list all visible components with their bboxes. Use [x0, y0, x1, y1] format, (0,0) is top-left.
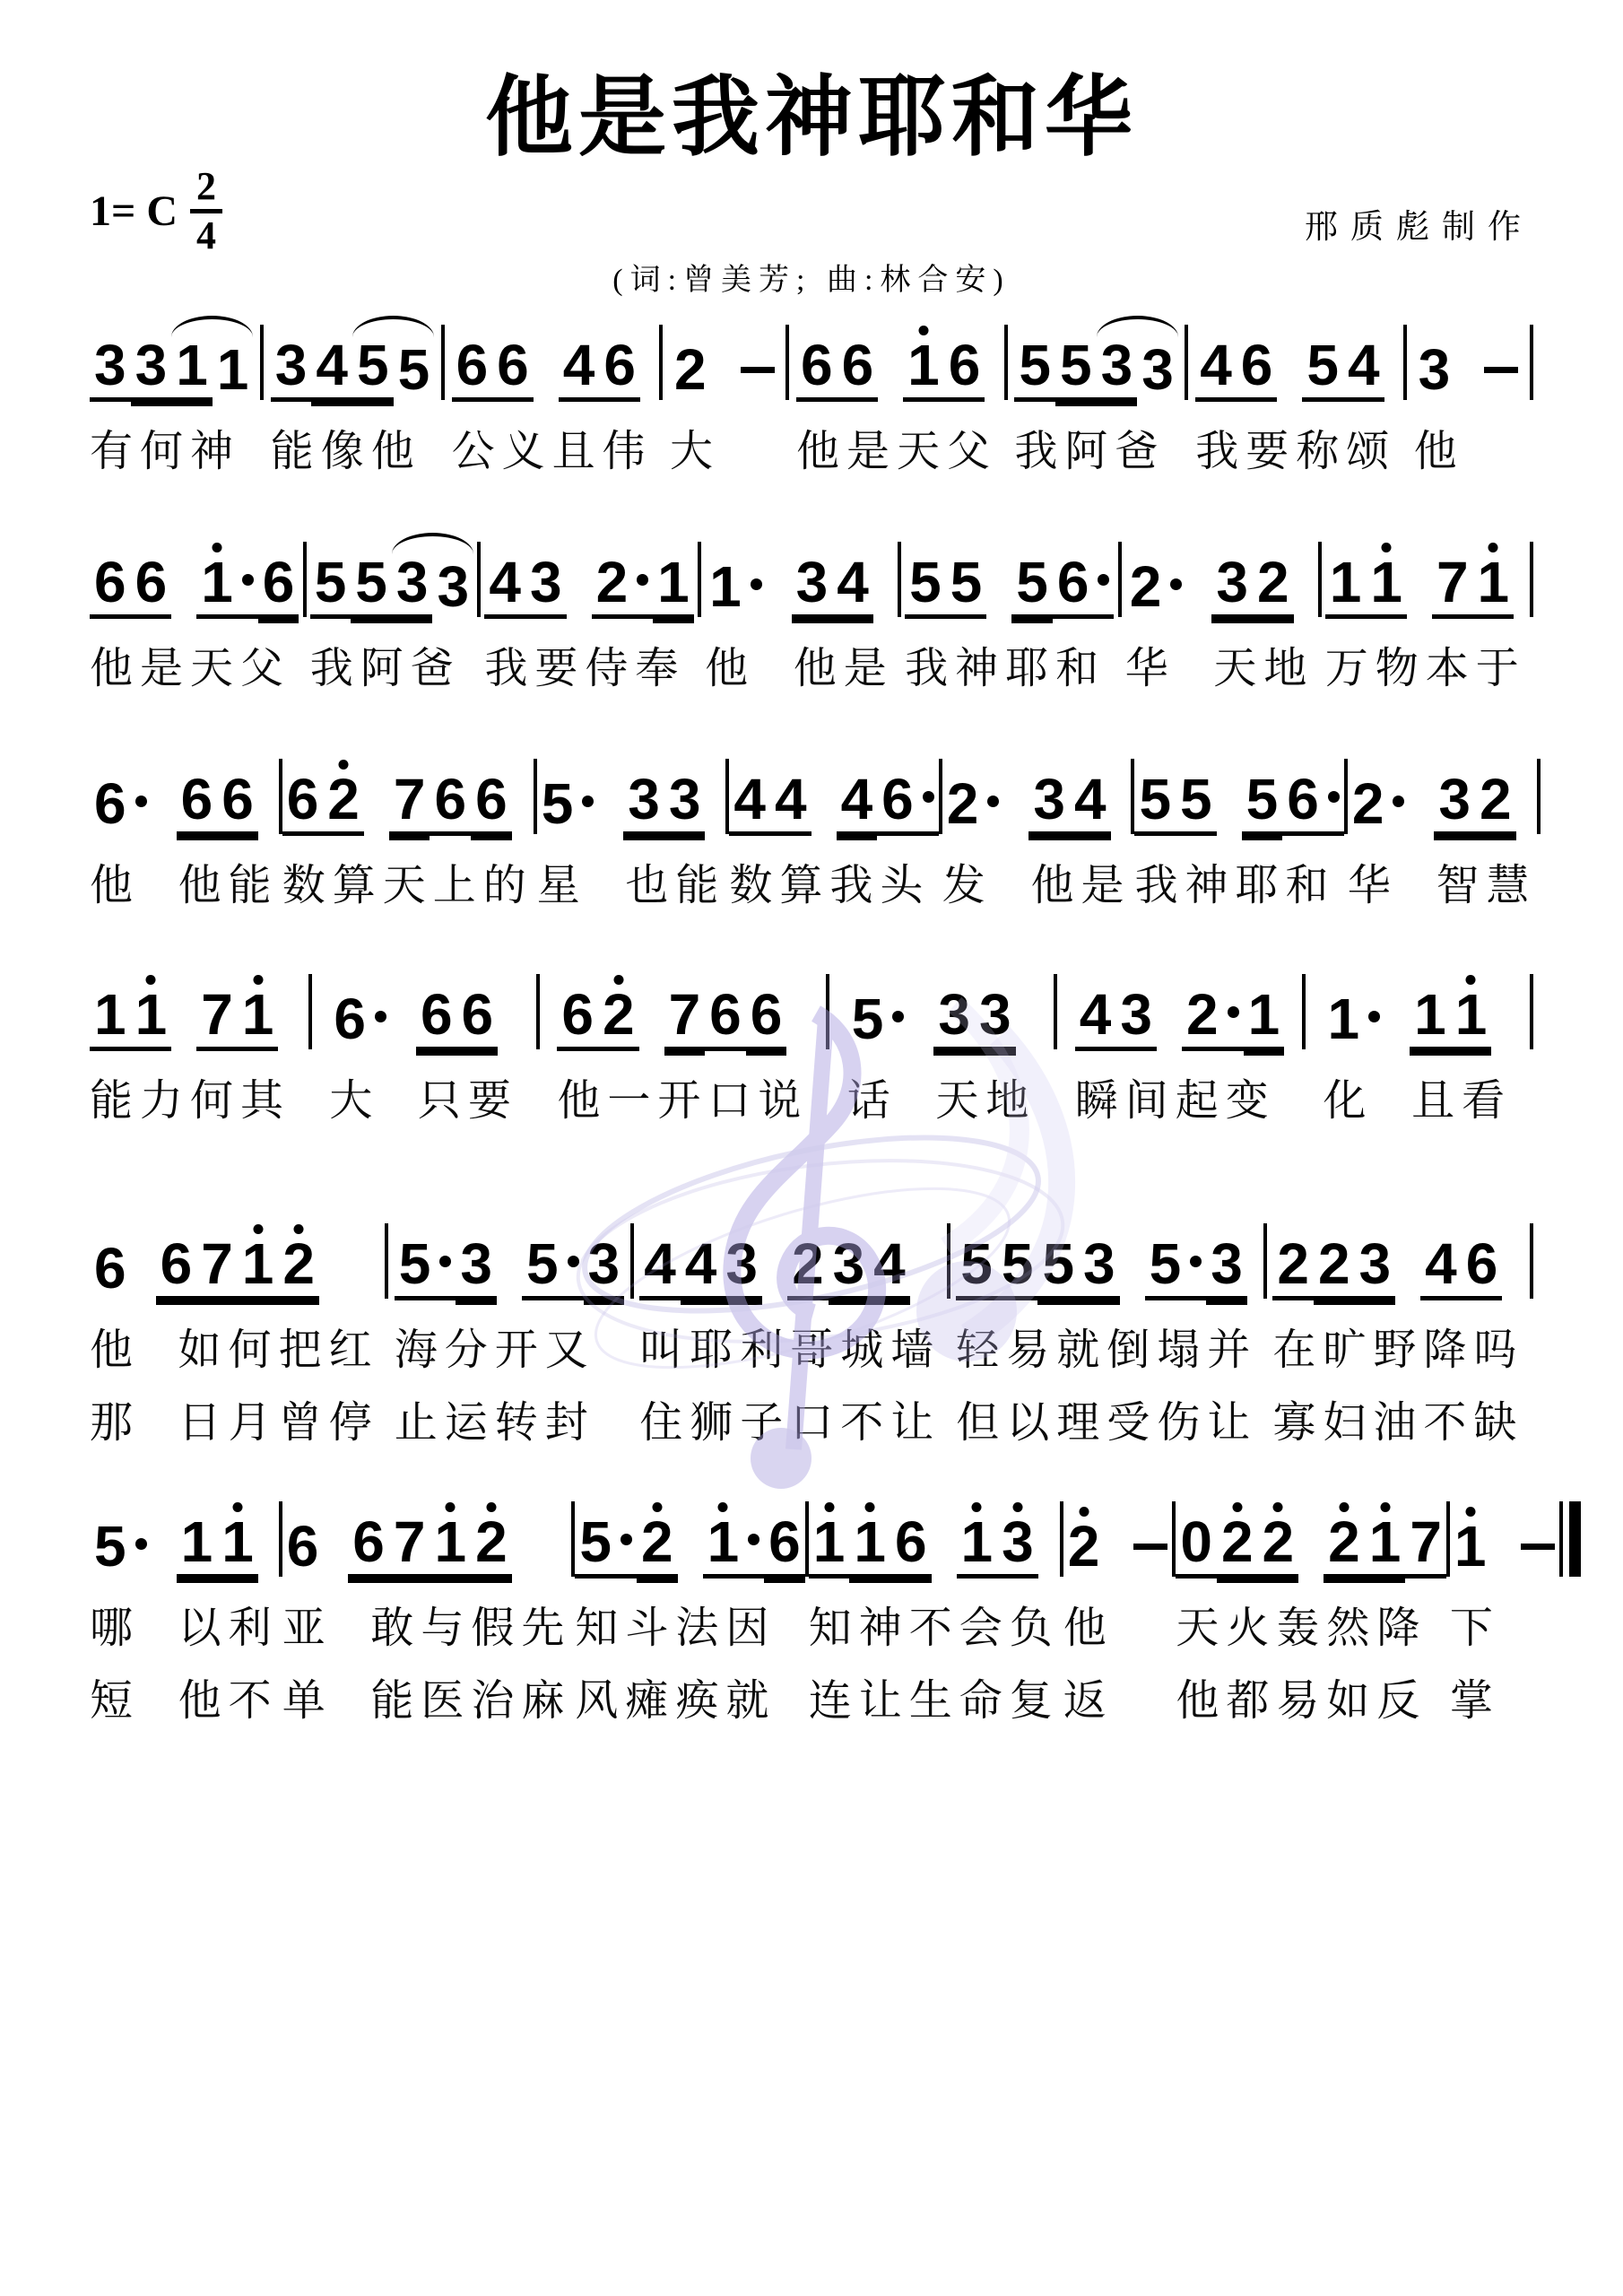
note-token: [1324, 791, 1344, 836]
lyric-text: 亚 敢与假先: [282, 1593, 572, 1655]
note-digit: 2: [282, 1238, 315, 1291]
octave-dot: [446, 1502, 456, 1512]
note-token: [632, 574, 653, 619]
lyric-text: 哪 以利: [90, 1593, 279, 1655]
note-digit: 3: [460, 1238, 492, 1291]
measure-notes: 232: [1125, 533, 1294, 619]
measure: 22346在旷野降吗寡妇油不缺: [1272, 1214, 1523, 1449]
note-token: 3: [623, 773, 664, 836]
barline: [536, 974, 540, 1049]
note-token: 3: [997, 1516, 1038, 1578]
note-digit: 1: [854, 1516, 886, 1569]
measure: 6646公义且伟: [452, 316, 653, 478]
note-token: 4: [1070, 773, 1111, 836]
octave-dot: [1012, 1502, 1022, 1512]
note-token: 5: [847, 993, 889, 1051]
octave-dot: [972, 1502, 982, 1512]
note-token: 3: [933, 988, 975, 1051]
note-digit: 6: [895, 1516, 927, 1569]
note-digit: 3: [275, 339, 308, 392]
note-token: 5: [1145, 1238, 1186, 1300]
note-digit: 6: [709, 988, 742, 1041]
note-digit: 1: [1328, 993, 1360, 1046]
note-token: 3: [664, 773, 706, 836]
octave-dot: [1339, 1502, 1349, 1512]
note-digit: 1: [707, 1516, 740, 1569]
note-token: 4: [1343, 339, 1384, 402]
note-digit: 1: [201, 556, 233, 609]
note-digit: 5: [852, 993, 884, 1046]
note-token: 6: [557, 988, 598, 1051]
note-digit: 3: [1083, 1238, 1115, 1291]
note-token: 5: [310, 556, 352, 619]
augmentation-dot: [135, 1538, 147, 1550]
note-token: 6: [599, 339, 640, 402]
lyric-text: 他: [1063, 1593, 1114, 1655]
note-token: 2: [598, 988, 639, 1051]
measure-notes: 6646: [452, 316, 640, 402]
note-digit: 3: [1419, 344, 1451, 396]
measure-notes: 5556: [905, 533, 1114, 619]
note-digit: 6: [94, 778, 126, 831]
note-digit: 5: [950, 556, 983, 609]
note-group: 53: [522, 1238, 624, 1300]
barline: [698, 542, 701, 617]
lyric-text: 返: [1063, 1665, 1114, 1727]
note-digit: 2: [641, 1516, 673, 1569]
note-token: [983, 796, 1003, 836]
note-group: 34: [792, 556, 873, 619]
note-token: 4: [639, 1238, 681, 1300]
note-digit: 3: [1033, 773, 1065, 826]
note-digit: 6: [751, 988, 783, 1041]
lyric-text: 知斗法因: [575, 1593, 776, 1655]
note-token: 5: [90, 1520, 131, 1578]
lyric-text: 轻易就倒塌并: [956, 1315, 1257, 1377]
measure: 4654我要称颂: [1195, 316, 1396, 478]
note-digit: 6: [94, 556, 126, 609]
note-token: 1: [196, 556, 238, 619]
note-digit: 1: [176, 339, 208, 392]
note-token: 7: [389, 773, 430, 836]
sustain-dash: [1484, 367, 1518, 373]
note-digit: 6: [421, 988, 453, 1041]
note-group: 1: [705, 561, 767, 619]
augmentation-dot: [1098, 574, 1109, 586]
note-digit: 4: [1425, 1238, 1457, 1291]
lyric-text: 但以理受伤让: [956, 1387, 1257, 1449]
barline: [785, 325, 789, 400]
note-digit: 2: [1328, 1516, 1360, 1569]
lyric-text: 我神耶和: [1134, 850, 1335, 912]
note-digit: 4: [563, 339, 595, 392]
note-digit: 6: [94, 1242, 126, 1295]
note-digit: 4: [1348, 339, 1380, 392]
note-group: 443: [639, 1238, 762, 1300]
note-group: 55: [905, 556, 986, 619]
octave-dot: [1465, 1507, 1475, 1517]
note-digit: 3: [1141, 344, 1174, 396]
note-digit: 5: [315, 556, 347, 609]
measure: 232华 天地: [1125, 533, 1315, 695]
slur-arc: [1097, 316, 1178, 337]
note-digit: 6: [881, 773, 914, 826]
note-digit: 0: [1180, 1516, 1212, 1569]
measure: 4446数算我头: [729, 750, 938, 912]
note-digit: 1: [907, 339, 940, 392]
lyric-text: 寡妇油不缺: [1272, 1387, 1523, 1449]
note-group: 5: [847, 993, 909, 1051]
note-group: 16: [703, 1516, 805, 1578]
note-group: 2: [1348, 778, 1410, 836]
note-digit: 6: [462, 988, 494, 1041]
lyric-text: 公义且伟: [452, 416, 653, 478]
note-token: [1185, 1256, 1206, 1300]
measure: 5556我神耶和: [1134, 750, 1343, 912]
note-token: 4: [837, 773, 878, 836]
measure-notes: 5353: [395, 1214, 624, 1300]
augmentation-dot: [751, 578, 762, 590]
note-group: 16: [903, 339, 985, 402]
note-token: 6: [177, 773, 218, 836]
note-digit: 6: [1057, 556, 1089, 609]
lyric-text: 大: [670, 416, 720, 478]
note-group: 43: [1075, 988, 1157, 1051]
note-token: 1: [177, 1516, 218, 1578]
note-token: 1: [809, 1516, 850, 1578]
note-digit: 7: [1436, 556, 1469, 609]
note-digit: 6: [603, 339, 636, 392]
note-token: 5: [946, 556, 987, 619]
measure: 5556我神耶和: [905, 533, 1114, 695]
measure: 1171万物本于: [1325, 533, 1526, 695]
note-group: 21: [1182, 988, 1284, 1051]
measure: 5216知斗法因风瘫痪就: [575, 1492, 804, 1727]
note-group: 766: [664, 988, 787, 1051]
note-token: 1: [1451, 988, 1492, 1051]
note-token: 5: [1011, 556, 1053, 619]
measure: 022217天火轰然降他都易如反: [1176, 1492, 1446, 1727]
note-digit: 1: [94, 988, 126, 1041]
note-token: [1480, 367, 1523, 402]
note-token: 1: [430, 1516, 471, 1578]
note-token: [131, 796, 152, 836]
note-token: 5: [1037, 1238, 1079, 1300]
note-group: 56: [1011, 556, 1114, 619]
note-token: 6: [430, 773, 471, 836]
note-token: 5: [1302, 339, 1343, 402]
note-token: [563, 1256, 584, 1300]
sheet-music-page: 他是我神耶和华 1= C 2 4 邢质彪制作 (词:曾美芳; 曲:林合安) 33…: [0, 0, 1623, 2296]
note-token: 6: [471, 773, 512, 836]
note-token: 7: [1432, 556, 1473, 619]
note-digit: 4: [873, 1238, 906, 1291]
note-group: 33: [623, 773, 705, 836]
augmentation-dot: [1393, 796, 1404, 807]
measure-notes: 3: [1414, 316, 1523, 402]
lyric-text: 数算我头: [729, 850, 930, 912]
augmentation-dot: [135, 796, 147, 807]
note-group: 6712: [348, 1516, 511, 1578]
note-token: 3: [525, 556, 567, 619]
note-token: 1: [217, 1516, 258, 1578]
measure-notes: 6616: [796, 316, 985, 402]
lyric-text: 我要侍奉: [484, 633, 685, 695]
note-group: 44: [729, 773, 811, 836]
note-token: 2: [637, 1516, 678, 1578]
measure: 232华 智慧: [1348, 750, 1537, 912]
note-digit: 6: [287, 1520, 319, 1573]
note-token: 2: [670, 344, 711, 402]
note-token: 1: [1365, 1516, 1406, 1578]
augmentation-dot: [1368, 1011, 1380, 1022]
note-digit: 5: [1016, 556, 1048, 609]
lyric-text: 万物本于: [1325, 633, 1526, 695]
note-group: 21: [592, 556, 694, 619]
final-barline-thin: [1559, 1501, 1563, 1577]
note-digit: 6: [1241, 339, 1273, 392]
note-token: 6: [457, 988, 499, 1051]
note-token: 3: [1211, 556, 1253, 619]
lyric-text: 我阿爸: [1014, 416, 1165, 478]
note-token: 3: [1434, 773, 1475, 836]
barline: [1185, 325, 1188, 400]
note-token: 7: [196, 988, 238, 1051]
note-digit: 5: [1306, 339, 1339, 392]
note-digit: 5: [579, 1516, 612, 1569]
note-group: 5: [537, 778, 599, 836]
augmentation-dot: [1228, 1006, 1239, 1018]
octave-dot: [1466, 975, 1476, 985]
note-digit: 6: [352, 1516, 385, 1569]
note-token: 6: [890, 1516, 932, 1578]
note-digit: 6: [768, 1516, 801, 1569]
note-token: 3: [829, 1238, 870, 1300]
barline: [1403, 325, 1407, 400]
note-token: 2: [278, 1238, 319, 1300]
note-group: 66: [796, 339, 878, 402]
note-token: 4: [770, 773, 811, 836]
note-digit: 5: [355, 556, 387, 609]
note-group: 6: [282, 1520, 324, 1578]
note-token: 3: [975, 988, 1016, 1051]
note-token: 3: [90, 339, 131, 402]
note-group: 62: [282, 773, 364, 836]
lyric-text: 他是天父: [90, 633, 291, 695]
note-group: 1: [1324, 993, 1385, 1051]
measure: 533话 天地: [847, 965, 1037, 1127]
note-digit: 2: [1277, 1238, 1309, 1291]
measure-notes: 4321: [484, 533, 693, 619]
measure: 6616他是天父: [796, 316, 997, 478]
measure-notes: 5216: [575, 1492, 804, 1578]
note-digit: 1: [221, 1516, 254, 1569]
note-digit: 2: [603, 988, 635, 1041]
lyric-text: 下: [1450, 1593, 1500, 1655]
note-digit: 5: [1139, 773, 1171, 826]
augmentation-dot: [637, 574, 648, 586]
note-digit: 4: [1080, 988, 1112, 1041]
score-line-5: 66712他 如何把红那 日月曾停5353海分开又止运转封443234叫耶利哥城…: [90, 1214, 1533, 1449]
measure: 111化 且看: [1324, 965, 1513, 1127]
lyric-text: 能力何其: [90, 1065, 291, 1127]
barline: [308, 974, 312, 1049]
octave-dot: [486, 1502, 496, 1512]
barline: [630, 1223, 634, 1299]
note-digit: 6: [135, 556, 168, 609]
measure-notes: 232: [1348, 750, 1516, 836]
note-token: 2: [1272, 1238, 1314, 1300]
note-token: 2: [1258, 1516, 1299, 1578]
note-digit: 5: [1002, 1238, 1034, 1291]
measure: 666他 他能: [90, 750, 279, 912]
note-token: [238, 574, 258, 619]
measure-notes: 234: [942, 750, 1111, 836]
measure: 3455能像他: [271, 316, 434, 478]
note-group: 5: [90, 1520, 152, 1578]
note-token: 3: [792, 556, 833, 619]
note-group: 16: [196, 556, 299, 619]
note-group: 53: [395, 1238, 497, 1300]
note-group: 43: [484, 556, 566, 619]
note-token: 4: [681, 1238, 722, 1300]
note-token: 4: [559, 339, 600, 402]
augmentation-dot: [987, 796, 999, 807]
lyric-text: 短 他不: [90, 1665, 279, 1727]
lyric-text: 华 智慧: [1348, 850, 1537, 912]
note-token: 2: [1217, 1516, 1258, 1578]
note-digit: 6: [161, 1238, 193, 1291]
lyric-text: 我阿爸: [310, 633, 461, 695]
measure: 11613知神不会负连让生命复: [809, 1492, 1060, 1727]
augmentation-dot: [923, 791, 934, 803]
note-token: 1: [1366, 556, 1407, 619]
note-token: 5: [522, 1238, 563, 1300]
note-token: 6: [416, 988, 457, 1051]
note-token: 2: [787, 1238, 829, 1300]
note-token: 1: [957, 1516, 998, 1578]
note-digit: 1: [709, 561, 742, 613]
note-digit: 2: [1257, 556, 1289, 609]
note-group: 46: [1195, 339, 1277, 402]
note-group: 46: [1420, 1238, 1502, 1300]
note-token: 6: [1237, 339, 1278, 402]
slur-arc: [171, 316, 253, 337]
final-barline: [1559, 1501, 1581, 1577]
note-token: [1388, 796, 1409, 836]
measure: 4321瞬间起变: [1075, 965, 1284, 1127]
octave-dot: [613, 975, 623, 985]
note-digit: 6: [434, 773, 466, 826]
note-group: 5553: [956, 1238, 1119, 1300]
note-digit: 2: [475, 1516, 508, 1569]
note-token: 6: [944, 339, 985, 402]
note-group: 5533: [310, 556, 473, 619]
note-group: 223: [1272, 1238, 1395, 1300]
slur-arc: [352, 316, 434, 337]
barline: [826, 974, 829, 1049]
note-token: 5: [1055, 339, 1097, 402]
note-token: 6: [329, 993, 370, 1051]
note-group: 11: [177, 1516, 258, 1578]
note-token: 6: [764, 1516, 805, 1578]
octave-dot: [294, 1224, 304, 1234]
note-digit: 5: [960, 1238, 993, 1291]
note-token: [746, 578, 767, 619]
note-token: 2: [323, 773, 364, 836]
lyric-text: 止运转封: [395, 1387, 595, 1449]
measure: 5533我阿爸: [1014, 316, 1177, 478]
augmentation-dot: [439, 1256, 451, 1267]
note-digit: 2: [792, 1238, 824, 1291]
note-token: 5: [905, 556, 946, 619]
octave-dot: [1273, 1502, 1283, 1512]
note-digit: 3: [1120, 988, 1152, 1041]
barline: [1302, 974, 1306, 1049]
note-token: 2: [1182, 988, 1223, 1051]
note-token: 7: [664, 988, 706, 1051]
note-token: 4: [869, 1238, 910, 1300]
score-line-1: 3311有何神3455能像他6646公义且伟2大6616他是天父5533我阿爸4…: [90, 316, 1533, 478]
note-group: 32: [1211, 556, 1293, 619]
note-token: 6: [156, 1238, 197, 1300]
score-line-3: 666他 他能62766数算天上的533星 也能4446数算我头234发 他是5…: [90, 750, 1533, 912]
note-digit: 6: [334, 993, 366, 1046]
measure-notes: 6616: [90, 533, 299, 619]
lyric-text: 知神不会负: [809, 1593, 1060, 1655]
note-digit: 4: [316, 339, 348, 392]
note-digit: 1: [135, 988, 168, 1041]
note-digit: 4: [775, 773, 807, 826]
measure-notes: 5556: [1134, 750, 1343, 836]
note-token: 5: [395, 1238, 436, 1300]
measure-notes: 2: [670, 316, 779, 402]
note-token: 4: [729, 773, 770, 836]
octave-dot: [1488, 543, 1498, 552]
measure-notes: 1: [1450, 1492, 1559, 1578]
octave-dot: [824, 1502, 834, 1512]
lyric-text: 数算天上的: [282, 850, 534, 912]
note-digit: 1: [1478, 556, 1510, 609]
note-digit: 6: [801, 339, 833, 392]
octave-dot: [865, 1502, 875, 1512]
measure: 134他 他是: [705, 533, 894, 695]
note-token: [131, 1538, 152, 1578]
note-digit: 1: [217, 344, 249, 396]
note-token: 2: [1063, 1520, 1105, 1578]
measure: 2大: [670, 316, 779, 478]
measure-notes: 555353: [956, 1214, 1247, 1300]
note-token: 6: [838, 339, 879, 402]
note-token: 1: [703, 1516, 744, 1578]
note-token: 6: [282, 773, 324, 836]
note-group: 46: [837, 773, 939, 836]
measure-notes: 22346: [1272, 1214, 1502, 1300]
note-token: 4: [832, 556, 873, 619]
note-digit: 1: [242, 988, 274, 1041]
lyric-text: 他一开口说: [557, 1065, 808, 1127]
note-digit: 5: [399, 1238, 431, 1291]
measure-notes: 66712: [282, 1492, 512, 1578]
augmentation-dot: [375, 1011, 386, 1022]
note-token: 6: [90, 556, 131, 619]
lyric-text: 他: [1414, 416, 1464, 478]
measure-notes: 1171: [1325, 533, 1514, 619]
note-digit: 2: [1186, 988, 1219, 1041]
barline: [1530, 325, 1533, 400]
note-token: 5: [1134, 773, 1176, 836]
slur-arc: [392, 533, 473, 554]
